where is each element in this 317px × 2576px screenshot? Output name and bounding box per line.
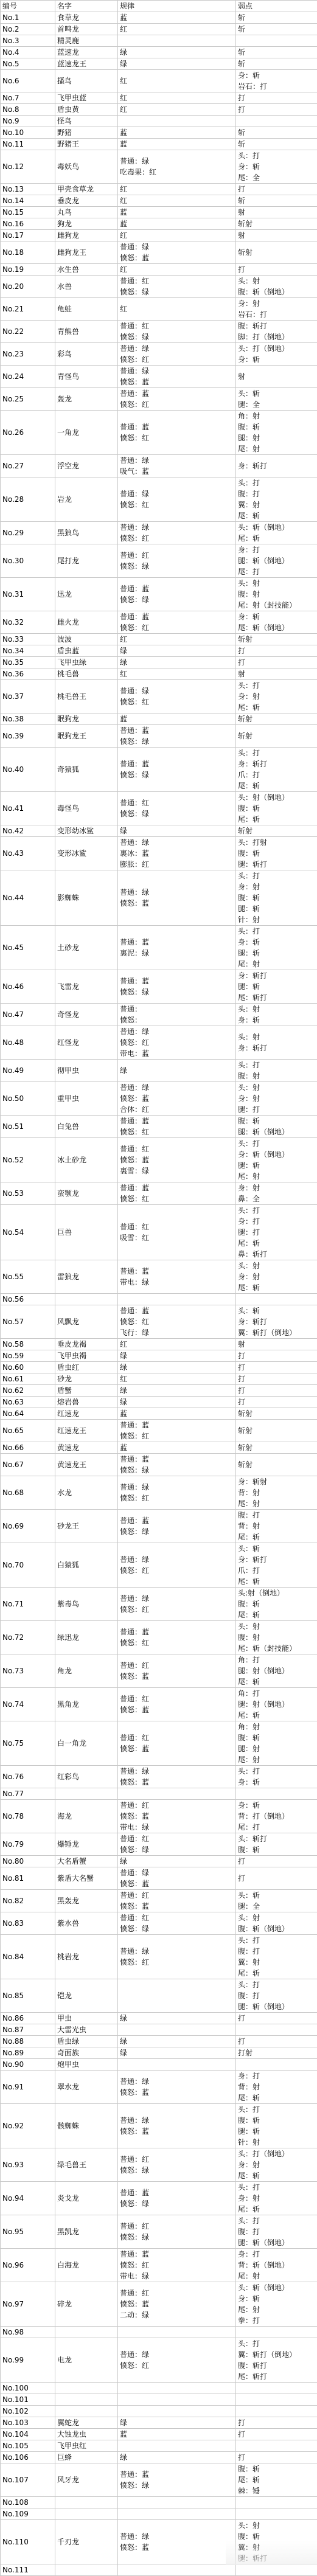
weakness-cell-line: 腿：斩	[238, 948, 317, 959]
weakness-cell-line: 角：打	[238, 1688, 317, 1699]
monster-name-cell-line: 黑凯龙	[57, 2226, 117, 2237]
row-number-line: No.46	[2, 981, 55, 992]
row-number-line: No.28	[2, 494, 55, 505]
monster-name-cell: 迅龙	[55, 578, 118, 611]
row-number-line: No.45	[2, 942, 55, 953]
monster-name-cell-line: 碎龙	[57, 2299, 117, 2310]
weakness-cell-line: 尾：斩	[238, 1532, 317, 1543]
weakness-cell: 斩射	[236, 713, 317, 725]
weakness-cell-line: 尾：斩（封技能）	[238, 1643, 317, 1654]
table-row: No.85铠龙头：打腹：打腿：斩（倒地）	[1, 1979, 317, 2013]
rule-cell-line: 普通：蓝	[120, 1454, 235, 1465]
weakness-cell-line: 头：打	[238, 926, 317, 937]
rule-cell-line: 普通：红	[120, 2288, 235, 2299]
rule-cell-line: 普通：蓝	[120, 1626, 235, 1637]
monster-name-cell: 轰龙	[55, 388, 118, 411]
row-number-line: No.33	[2, 634, 55, 645]
monster-name-cell: 眠狗龙王	[55, 725, 118, 748]
monster-name-cell-line: 海龙	[57, 1811, 117, 1822]
row-number: No.110	[1, 2520, 55, 2564]
table-row: No.107风牙龙普通：蓝愤怒：绿腹：斩尾：斩棘：锤	[1, 2463, 317, 2497]
weakness-cell-line: 头：射	[238, 578, 317, 589]
monster-name-cell: 蓝速龙	[55, 47, 118, 58]
row-number: No.41	[1, 792, 55, 825]
row-number: No.69	[1, 1510, 55, 1543]
monster-name-cell: 砂龙王	[55, 1510, 118, 1543]
rule-cell: 普通：绿愤怒：红	[118, 680, 236, 713]
monster-name-cell: 桃毛兽王	[55, 680, 118, 713]
row-number: No.89	[1, 2047, 55, 2059]
rule-cell-line: 愤怒：绿	[120, 286, 235, 297]
row-number: No.2	[1, 24, 55, 35]
rule-cell-line: 愤怒：绿	[120, 1844, 235, 1855]
weakness-cell	[236, 2394, 317, 2406]
row-number-line: No.100	[2, 2383, 55, 2394]
rule-cell: 绿	[118, 657, 236, 668]
row-number-line: No.58	[2, 1339, 55, 1350]
weakness-cell	[236, 2564, 317, 2576]
monster-name-cell-line: 奇面族	[57, 2047, 117, 2058]
weakness-cell-line: 腹：斩	[238, 1732, 317, 1743]
monster-name-cell-line: 怪鸟	[57, 116, 117, 127]
monster-name-cell-line: 食草龙	[57, 12, 117, 23]
weakness-cell-line: 打	[238, 657, 317, 668]
rule-cell-line: 普通：绿	[120, 156, 235, 167]
monster-name-cell-line: 大蚀龙虫	[57, 2429, 117, 2440]
weakness-cell: 腹：斩尾：斩棘：锤	[236, 2463, 317, 2497]
rule-cell: 普通：红愤怒：绿	[118, 2148, 236, 2182]
table-row: No.88盾虫绿绿打	[1, 2036, 317, 2047]
weakness-cell: 斩射	[236, 1442, 317, 1454]
rule-cell-line: 愤怒：红	[120, 354, 235, 365]
rule-cell-line: 愤怒：绿	[120, 2232, 235, 2243]
weakness-cell-line: 腹：射	[238, 1632, 317, 1643]
monster-weakness-table: 编号 名字 规律 弱点 No.1食草龙蓝斩No.2首鸣龙红斩No.3精灵鹿No.…	[0, 0, 317, 2576]
weakness-cell: 打	[236, 2452, 317, 2463]
rule-cell: 红	[118, 264, 236, 276]
row-number: No.54	[1, 1205, 55, 1260]
rule-cell-line: 普通：红	[120, 1890, 235, 1901]
row-number-line: No.98	[2, 2327, 55, 2338]
rule-cell: 普通：蓝愤怒：绿	[118, 2182, 236, 2215]
weakness-cell-line: 打	[238, 92, 317, 103]
table-row: No.28岩龙普通：绿愤怒：红头：打腹：打翼：射尾：斩	[1, 477, 317, 522]
weakness-cell	[236, 2059, 317, 2071]
table-row: No.27浮空龙普通：绿吸气：蓝身：斩打	[1, 455, 317, 477]
table-row: No.13甲壳食草龙红打	[1, 184, 317, 195]
row-number-line: No.47	[2, 1009, 55, 1020]
monster-name-cell: 红速龙王	[55, 1420, 118, 1442]
weakness-cell: 斩	[236, 195, 317, 207]
table-row: No.110千刃龙普通：绿愤怒：蓝头：射腹：斩翼：射腿：斩打	[1, 2520, 317, 2564]
rule-cell: 普通：绿愤怒：红	[118, 1543, 236, 1588]
rule-cell-line: 普通：绿	[120, 1946, 235, 1957]
weakness-cell-line: 头：射	[238, 1004, 317, 1015]
row-number: No.107	[1, 2463, 55, 2497]
monster-name-cell: 飞甲虫红	[55, 2440, 118, 2452]
rule-cell-line: 红	[120, 1373, 235, 1384]
row-number: No.104	[1, 2429, 55, 2440]
monster-name-cell: 风飘龙	[55, 1305, 118, 1339]
weakness-cell-line: 身：斩	[238, 1777, 317, 1788]
monster-name-cell: 土砂龙	[55, 926, 118, 970]
table-row: No.82黑轰龙普通：红愤怒：蓝头：斩腿：全	[1, 1890, 317, 1912]
rule-cell-line: 蓝	[120, 207, 235, 218]
rule-cell-line: 蓝	[120, 1408, 235, 1419]
weakness-cell-line: 拳：打	[238, 2315, 317, 2326]
row-number: No.78	[1, 1800, 55, 1833]
monster-name-cell-line: 飞甲虫绿	[57, 657, 117, 668]
row-number: No.97	[1, 2282, 55, 2327]
row-number-line: No.9	[2, 116, 55, 127]
weakness-cell-line: 身：打	[238, 1216, 317, 1227]
monster-name-cell: 铠龙	[55, 1979, 118, 2013]
rule-cell: 普通：绿愤怒：红	[118, 477, 236, 522]
rule-cell-line: 红	[120, 75, 235, 86]
weakness-cell-line: 鼻：全	[238, 1193, 317, 1204]
weakness-cell: 身：射鼻：全	[236, 1182, 317, 1205]
monster-name-cell: 大名盾蟹	[55, 1856, 118, 1867]
monster-name-cell: 盾虫绿	[55, 2036, 118, 2047]
weakness-cell-line: 头：打	[238, 1979, 317, 1990]
table-row: No.97碎龙普通：红愤怒：蓝二动：绿头：斩（倒地）身：斩尾：射拳：打	[1, 2282, 317, 2327]
row-number: No.10	[1, 127, 55, 139]
rule-cell-line: 普通：红	[120, 1660, 235, 1671]
row-number-line: No.77	[2, 1788, 55, 1799]
weakness-cell-line: 打	[238, 2417, 317, 2428]
rule-cell-line: 普通：红	[120, 1833, 235, 1844]
weakness-cell-line: 背：打（倒地）	[238, 1811, 317, 1822]
rule-cell-line: 愤怒：绿	[120, 987, 235, 998]
weakness-cell-line: 身：打	[238, 2249, 317, 2260]
table-row: No.18雌狗龙王普通：绿愤怒：蓝斩射	[1, 241, 317, 264]
row-number-line: No.51	[2, 1121, 55, 1132]
weakness-cell: 头：打腹：射	[236, 1060, 317, 1082]
table-row: No.56	[1, 1294, 317, 1305]
rule-cell-line: 愤怒：红	[120, 2360, 235, 2371]
rule-cell-line: 普通：绿	[120, 366, 235, 377]
rule-cell-line: 蓝	[120, 12, 235, 23]
weakness-cell-line: 腿：射（倒地）	[238, 1699, 317, 1710]
monster-name-cell: 巨兽	[55, 1205, 118, 1260]
row-number-line: No.68	[2, 1487, 55, 1498]
rule-cell: 普通：绿愤怒：蓝	[118, 1867, 236, 1890]
rule-cell: 普通：蓝愤怒：红	[118, 611, 236, 634]
weakness-cell-line: 头：打	[238, 477, 317, 488]
weakness-cell-line: 腿：斩（倒地）	[238, 1127, 317, 1137]
row-number: No.56	[1, 1294, 55, 1305]
monster-name-cell: 桃毛兽	[55, 668, 118, 680]
row-number-line: No.63	[2, 1397, 55, 1408]
weakness-cell: 打	[236, 1867, 317, 1890]
weakness-cell: 头：打身：斩腿：斩尾：射	[236, 926, 317, 970]
rule-cell-line: 绿	[120, 1385, 235, 1396]
weakness-cell-line: 腿：斩（倒地）	[238, 555, 317, 566]
rule-cell-line: 愤怒：蓝	[120, 2299, 235, 2310]
rule-cell: 绿	[118, 1856, 236, 1867]
row-number: No.30	[1, 544, 55, 578]
row-number: No.52	[1, 1138, 55, 1182]
table-row: No.30尾打龙普通：红愤怒：绿身：打腿：斩（倒地）尾：打	[1, 544, 317, 578]
monster-name-cell: 变形冰鲨	[55, 837, 118, 870]
monster-name-cell	[55, 1788, 118, 1800]
table-row: No.79爆锤龙普通：红愤怒：绿头：斩打腹：斩	[1, 1833, 317, 1856]
monster-name-cell-line: 蛮颚龙	[57, 1188, 117, 1199]
weakness-cell: 打	[236, 2013, 317, 2024]
rule-cell-line: 普通：蓝	[120, 937, 235, 948]
weakness-cell-line: 尾：斩	[238, 780, 317, 791]
monster-name-cell-line: 变形冰鲨	[57, 848, 117, 859]
rule-cell-line: 愤怒：红	[120, 1316, 235, 1327]
rule-cell-line: 普通：红	[120, 2154, 235, 2165]
rule-cell: 绿	[118, 1385, 236, 1397]
weakness-cell: 头：斩（倒地）尾：斩	[236, 522, 317, 544]
rule-cell: 红	[118, 298, 236, 321]
monster-name-cell: 绿毛兽王	[55, 2148, 118, 2182]
row-number-line: No.31	[2, 589, 55, 600]
row-number-line: No.43	[2, 848, 55, 859]
row-number-line: No.104	[2, 2429, 55, 2440]
row-number: No.103	[1, 2417, 55, 2429]
weakness-cell-line: 角：打	[238, 1654, 317, 1665]
monster-name-cell-line: 翠水龙	[57, 2081, 117, 2092]
weakness-cell-line: 腿：斩打	[238, 2553, 317, 2564]
row-number: No.74	[1, 1688, 55, 1721]
table-row: No.21龟蛙红身：射岩石：打	[1, 298, 317, 321]
rule-cell: 普通：红愤怒：蓝	[118, 1654, 236, 1688]
row-number-line: No.109	[2, 2508, 55, 2519]
row-number-line: No.89	[2, 2047, 55, 2058]
row-number-line: No.54	[2, 1227, 55, 1238]
row-number: No.82	[1, 1890, 55, 1912]
monster-name-cell: 爆锤龙	[55, 1833, 118, 1856]
row-number-line: No.50	[2, 1093, 55, 1104]
table-row: No.68水龙普通：绿愤怒：红身：斩射背：射尾：射	[1, 1476, 317, 1510]
rule-cell: 普通：蓝愤怒：绿	[118, 725, 236, 748]
rule-cell-line: 普通：红	[120, 2221, 235, 2232]
weakness-cell-line: 角：射	[238, 411, 317, 422]
row-number: No.108	[1, 2497, 55, 2508]
rule-cell: 普通：绿愤怒：蓝	[118, 2071, 236, 2104]
weakness-cell-line: 背：射	[238, 1521, 317, 1532]
table-row: No.93绿毛兽王普通：红愤怒：绿头：打（倒地）身：射尾：斩	[1, 2148, 317, 2182]
row-number: No.85	[1, 1979, 55, 2013]
row-number-line: No.55	[2, 1271, 55, 1282]
row-number: No.92	[1, 2104, 55, 2148]
rule-cell-line: 普通：绿	[120, 1082, 235, 1093]
monster-name-cell-line: 风牙龙	[57, 2474, 117, 2485]
weakness-cell-line: 斩射	[238, 218, 317, 229]
rule-cell: 普通：红吸雪：红	[118, 1205, 236, 1260]
weakness-cell-line: 头：斩	[238, 1543, 317, 1554]
row-number: No.76	[1, 1766, 55, 1788]
weakness-cell-line: 打	[238, 104, 317, 115]
row-number-line: No.73	[2, 1665, 55, 1676]
monster-name-cell-line: 铠龙	[57, 1990, 117, 2001]
row-number-line: No.22	[2, 326, 55, 337]
weakness-cell-line: 头：斩	[238, 1305, 317, 1316]
row-number-line: No.88	[2, 2036, 55, 2047]
monster-name-cell-line: 搔鸟	[57, 75, 117, 86]
weakness-cell-line: 身：斩打	[238, 1316, 317, 1327]
weakness-cell: 身：打背：斩（倒地）尾：射	[236, 2249, 317, 2282]
row-number-line: No.93	[2, 2159, 55, 2170]
row-number: No.12	[1, 150, 55, 184]
rule-cell-line: 普通：红	[120, 550, 235, 561]
weakness-cell: 打	[236, 1362, 317, 1373]
weakness-cell	[236, 2327, 317, 2338]
rule-cell: 普通：绿愤怒：蓝	[118, 870, 236, 926]
monster-name-cell: 红怪龙	[55, 1026, 118, 1060]
weakness-cell-line: 头：打	[238, 748, 317, 759]
monster-name-cell: 岩龙	[55, 477, 118, 522]
weakness-cell-line: 打	[238, 1373, 317, 1384]
monster-weakness-page: 编号 名字 规律 弱点 No.1食草龙蓝斩No.2首鸣龙红斩No.3精灵鹿No.…	[0, 0, 317, 2576]
rule-cell: 普通：红愤怒：蓝	[118, 1688, 236, 1721]
monster-name-cell-line: 波波	[57, 634, 117, 645]
weakness-cell: 头：射腹：斩翼：射腿：斩打	[236, 2520, 317, 2564]
weakness-cell-line: 打	[238, 2429, 317, 2440]
weakness-cell-line: 翼：射	[238, 2542, 317, 2553]
weakness-cell-line: 腹：斩打	[238, 2360, 317, 2371]
weakness-cell: 斩	[236, 139, 317, 150]
monster-name-cell: 紫水兽	[55, 1912, 118, 1935]
row-number-line: No.17	[2, 230, 55, 241]
rule-cell-line: 普通：红	[120, 1144, 235, 1154]
weakness-cell-line: 尾：射	[238, 1754, 317, 1765]
weakness-cell: 头：斩腿：全	[236, 388, 317, 411]
monster-name-cell: 甲壳食草龙	[55, 184, 118, 195]
monster-name-cell: 彻甲虫	[55, 1060, 118, 1082]
weakness-cell-line: 身：斩（倒地）	[238, 1149, 317, 1160]
weakness-cell: 打	[236, 2429, 317, 2440]
monster-name-cell-line: 彩鸟	[57, 349, 117, 359]
monster-name-cell: 盾虫红	[55, 1362, 118, 1373]
weakness-cell: 头:射（倒地）腹：斩尾：斩	[236, 1588, 317, 1621]
row-number-line: No.85	[2, 1990, 55, 2001]
row-number: No.44	[1, 870, 55, 926]
rule-cell	[118, 2406, 236, 2417]
rule-cell-line: 愤怒：红	[120, 533, 235, 544]
rule-cell: 普通：红愤怒：蓝二动：绿	[118, 2282, 236, 2327]
row-number: No.55	[1, 1260, 55, 1294]
monster-name-cell-line: 巨兽	[57, 1227, 117, 1238]
rule-cell-line: 普通：绿	[120, 2531, 235, 2542]
weakness-cell-line: 头：射	[238, 276, 317, 286]
rule-cell	[118, 1294, 236, 1305]
monster-name-cell-line: 大雷光虫	[57, 2024, 117, 2035]
table-row: No.67黄速龙王普通：蓝愤怒：绿斩射	[1, 1454, 317, 1476]
monster-name-cell: 雌狗龙王	[55, 241, 118, 264]
table-row: No.54巨兽普通：红吸雪：红头：打身：打腿：打尾：斩鼻：斩打	[1, 1205, 317, 1260]
table-row: No.24青怪鸟普通：绿愤怒：蓝射	[1, 366, 317, 388]
row-number: No.95	[1, 2215, 55, 2249]
monster-name-cell-line: 垂皮龙褐	[57, 1339, 117, 1350]
monster-name-cell-line: 紫水兽	[57, 1918, 117, 1929]
rule-cell-line: 愤怒：蓝	[120, 1093, 235, 1104]
monster-name-cell-line: 红怪龙	[57, 1037, 117, 1048]
table-row: No.91翠水龙普通：绿愤怒：蓝身：打背：射尾：斩	[1, 2071, 317, 2104]
monster-name-cell-line: 甲虫	[57, 2013, 117, 2024]
monster-name-cell-line: 白兔兽	[57, 1121, 117, 1132]
weakness-cell-line: 针：射	[238, 2137, 317, 2148]
weakness-cell-line: 腿：斩	[238, 2126, 317, 2137]
row-number-line: No.10	[2, 127, 55, 138]
weakness-cell-line: 射	[238, 207, 317, 218]
weakness-cell: 角：射腹：斩腿：射尾：射	[236, 1721, 317, 1766]
table-row: No.40奇猿狐普通：蓝愤怒：绿头：打身：斩打爪：打尾：斩	[1, 748, 317, 792]
row-number: No.13	[1, 184, 55, 195]
rule-cell-line: 愤怒：绿	[120, 1923, 235, 1934]
table-row: No.7飞甲虫蓝红打	[1, 92, 317, 104]
rule-cell-line: 绿	[120, 657, 235, 668]
monster-name-cell: 垂皮龙	[55, 195, 118, 207]
rule-cell: 普通：绿愤怒：蓝	[118, 366, 236, 388]
table-row: No.5蓝速龙王绿斩	[1, 58, 317, 70]
row-number: No.17	[1, 230, 55, 241]
monster-name-cell-line: 飞甲虫红	[57, 2440, 117, 2451]
weakness-cell-line: 腿：射	[238, 1743, 317, 1754]
table-row: No.37桃毛兽王普通：绿愤怒：红头：打身：射尾：斩	[1, 680, 317, 713]
weakness-cell-line: 尾：斩	[238, 814, 317, 825]
row-number-line: No.4	[2, 47, 55, 58]
rule-cell-line: 愤怒：红	[120, 1604, 235, 1615]
weakness-cell	[236, 2440, 317, 2452]
weakness-cell-line: 身：射	[238, 2159, 317, 2170]
row-number-line: No.19	[2, 264, 55, 275]
table-row: No.86甲虫绿打	[1, 2013, 317, 2024]
row-number: No.46	[1, 970, 55, 1004]
monster-name-cell-line: 雌狗龙王	[57, 247, 117, 258]
weakness-cell: 斩射	[236, 725, 317, 748]
row-number-line: No.25	[2, 394, 55, 404]
weakness-cell-line: 头：斩（倒地）	[238, 522, 317, 533]
weakness-cell-line: 腹：斩	[238, 1844, 317, 1855]
rule-cell-line: 绿	[120, 47, 235, 58]
weakness-cell: 头：打腹：打翼：射尾：斩	[236, 1935, 317, 1979]
row-number-line: No.15	[2, 207, 55, 218]
row-number: No.109	[1, 2508, 55, 2520]
rule-cell-line: 绿	[120, 825, 235, 836]
row-number-line: No.29	[2, 527, 55, 538]
monster-name-cell: 白兔兽	[55, 1116, 118, 1138]
weakness-cell-line: 背：射	[238, 1487, 317, 1498]
row-number: No.96	[1, 2249, 55, 2282]
table-row: No.94炎戈龙普通：蓝愤怒：绿头：打身：射尾：斩	[1, 2182, 317, 2215]
monster-name-cell-line: 精灵鹿	[57, 35, 117, 46]
monster-name-cell-line: 蓝速龙王	[57, 58, 117, 69]
row-number: No.60	[1, 1362, 55, 1373]
weakness-cell-line: 身：斩射	[238, 1476, 317, 1487]
monster-name-cell: 眠狗龙	[55, 713, 118, 725]
rule-cell: 普通：绿愤怒：红	[118, 1588, 236, 1621]
row-number: No.70	[1, 1543, 55, 1588]
monster-name-cell-line: 角龙	[57, 1665, 117, 1676]
table-row: No.59飞甲虫褐绿打	[1, 1350, 317, 1362]
monster-name-cell: 狗龙	[55, 218, 118, 230]
rule-cell-line: 绿	[120, 2047, 235, 2058]
rule-cell: 普通：绿愤怒：蓝合体：红	[118, 1082, 236, 1116]
monster-name-cell	[55, 2497, 118, 2508]
rule-cell-line: 普通：蓝	[120, 2187, 235, 2198]
monster-name-cell: 盾虫黄	[55, 104, 118, 116]
weakness-cell: 身：斩打	[236, 455, 317, 477]
rule-cell: 蓝	[118, 2429, 236, 2440]
monster-name-cell: 怪鸟	[55, 116, 118, 127]
row-number: No.15	[1, 207, 55, 218]
weakness-cell-line: 翼：射	[238, 1957, 317, 1968]
row-number: No.47	[1, 1004, 55, 1026]
